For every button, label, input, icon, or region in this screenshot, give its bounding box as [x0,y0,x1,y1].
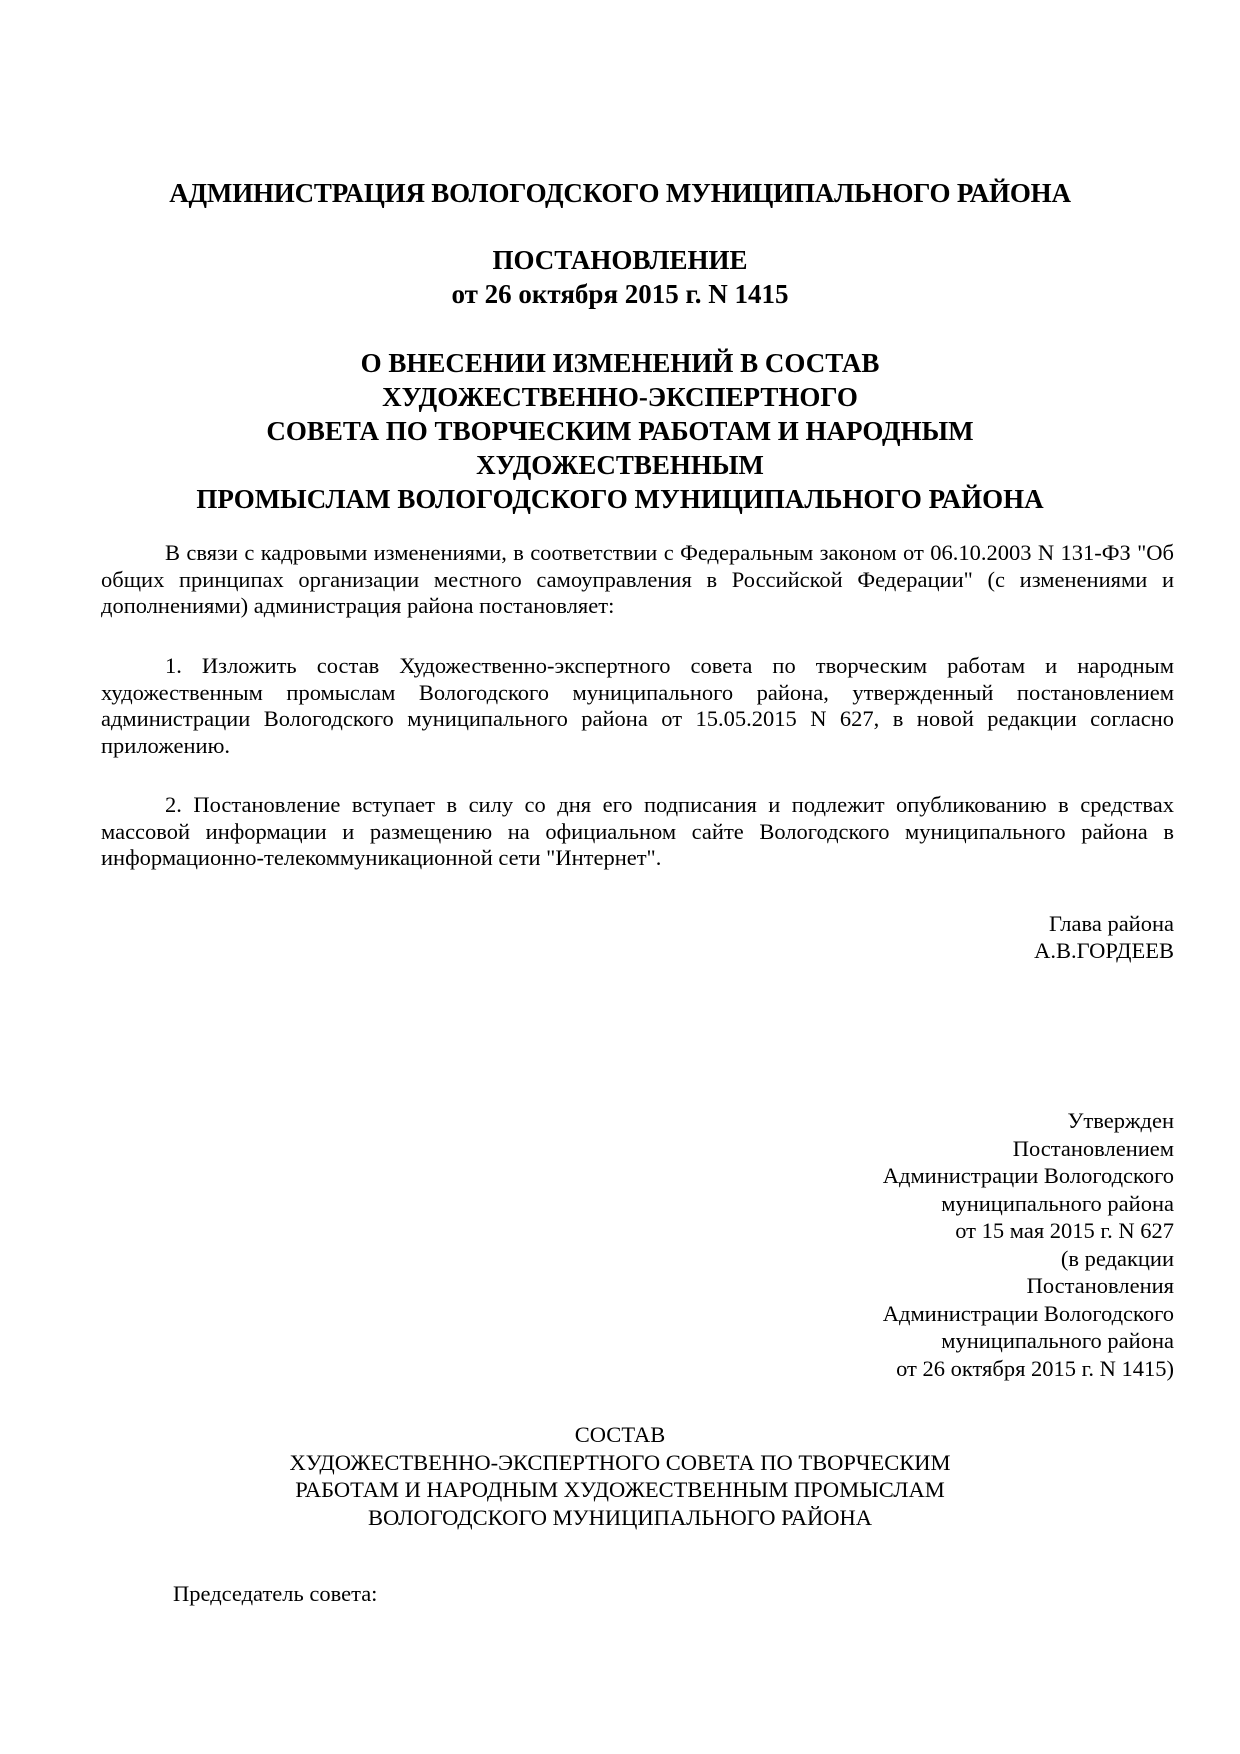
subject-line: ХУДОЖЕСТВЕННЫМ [100,448,1140,482]
document-type: ПОСТАНОВЛЕНИЕ [100,243,1140,277]
document-page: АДМИНИСТРАЦИЯ ВОЛОГОДСКОГО МУНИЦИПАЛЬНОГ… [0,0,1240,1754]
approval-line: (в редакции [883,1245,1174,1273]
composition-line: ХУДОЖЕСТВЕННО-ЭКСПЕРТНОГО СОВЕТА ПО ТВОР… [100,1449,1140,1477]
approval-line: муниципального района [883,1327,1174,1355]
clause-2: 2. Постановление вступает в силу со дня … [101,792,1174,872]
subject-line: О ВНЕСЕНИИ ИЗМЕНЕНИЙ В СОСТАВ [100,346,1140,380]
chair-label: Председатель совета: [173,1580,377,1607]
approval-line: от 26 октября 2015 г. N 1415) [883,1355,1174,1383]
composition-line: РАБОТАМ И НАРОДНЫМ ХУДОЖЕСТВЕННЫМ ПРОМЫС… [100,1476,1140,1504]
approval-line: Постановлением [883,1135,1174,1163]
subject-line: ХУДОЖЕСТВЕННО-ЭКСПЕРТНОГО [100,380,1140,414]
decree-heading: ПОСТАНОВЛЕНИЕ от 26 октября 2015 г. N 14… [100,243,1140,311]
organization-title: АДМИНИСТРАЦИЯ ВОЛОГОДСКОГО МУНИЦИПАЛЬНОГ… [100,176,1140,210]
composition-line: СОСТАВ [100,1421,1140,1449]
approval-line: Утвержден [883,1107,1174,1135]
document-date-number: от 26 октября 2015 г. N 1415 [100,277,1140,311]
signatory-name: А.В.ГОРДЕЕВ [1034,937,1174,964]
approval-line: Администрации Вологодского [883,1162,1174,1190]
decree-subject: О ВНЕСЕНИИ ИЗМЕНЕНИЙ В СОСТАВ ХУДОЖЕСТВЕ… [100,346,1140,516]
signatory-position: Глава района [1034,910,1174,937]
approval-line: от 15 мая 2015 г. N 627 [883,1217,1174,1245]
subject-line: СОВЕТА ПО ТВОРЧЕСКИМ РАБОТАМ И НАРОДНЫМ [100,414,1140,448]
approval-line: Постановления [883,1272,1174,1300]
composition-heading: СОСТАВ ХУДОЖЕСТВЕННО-ЭКСПЕРТНОГО СОВЕТА … [100,1421,1140,1531]
composition-line: ВОЛОГОДСКОГО МУНИЦИПАЛЬНОГО РАЙОНА [100,1504,1140,1532]
signature-block: Глава района А.В.ГОРДЕЕВ [1034,910,1174,964]
approval-line: муниципального района [883,1190,1174,1218]
approval-stamp: Утвержден Постановлением Администрации В… [883,1107,1174,1382]
clause-1: 1. Изложить состав Художественно-эксперт… [101,653,1174,759]
subject-line: ПРОМЫСЛАМ ВОЛОГОДСКОГО МУНИЦИПАЛЬНОГО РА… [100,482,1140,516]
intro-paragraph: В связи с кадровыми изменениями, в соотв… [101,540,1174,620]
approval-line: Администрации Вологодского [883,1300,1174,1328]
